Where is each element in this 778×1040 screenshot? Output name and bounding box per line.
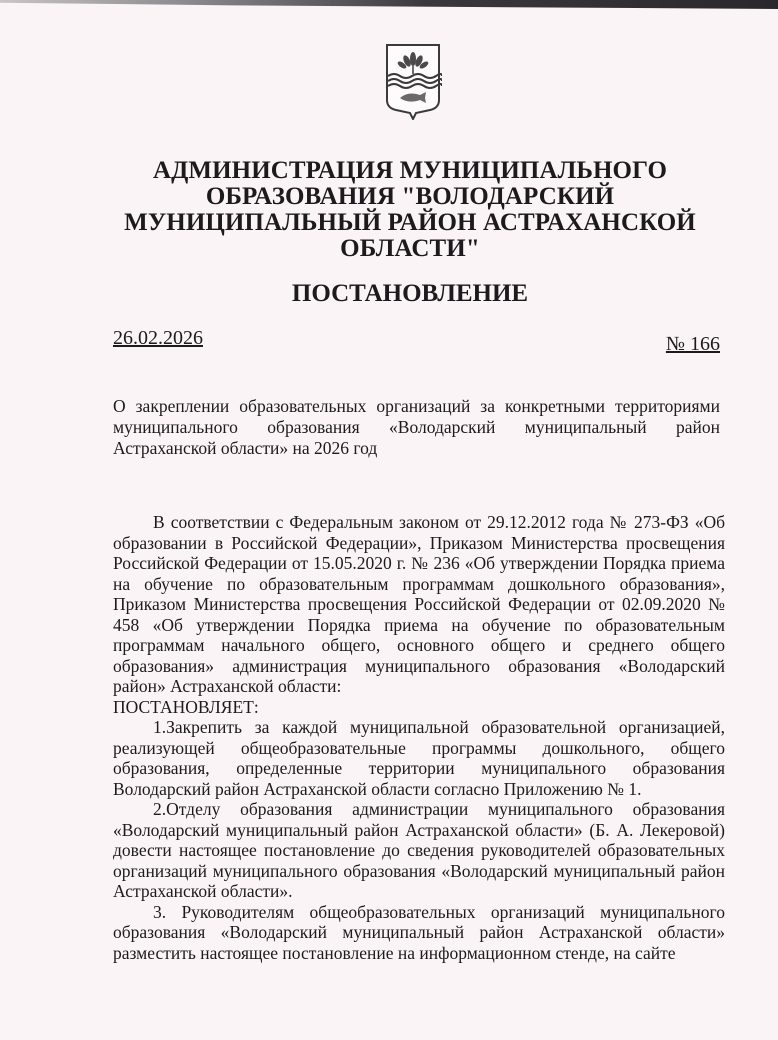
document-type: ПОСТАНОВЛЕНИЕ — [100, 280, 720, 308]
resolution-item-1: 1.Закрепить за каждой муниципальной обра… — [113, 717, 725, 799]
preamble-paragraph: В соответствии с Федеральным законом от … — [113, 512, 725, 697]
coat-of-arms-icon — [384, 42, 442, 120]
scan-top-edge — [0, 0, 778, 9]
document-date: 26.02.2026 — [113, 327, 203, 350]
resolves-heading: ПОСТАНОВЛЯЕТ: — [113, 697, 725, 718]
document-body: В соответствии с Федеральным законом от … — [113, 512, 725, 963]
document-subject: О закреплении образовательных организаци… — [113, 396, 720, 459]
issuing-authority-title: АДМИНИСТРАЦИЯ МУНИЦИПАЛЬНОГО ОБРАЗОВАНИЯ… — [100, 158, 720, 262]
document-number: № 166 — [666, 333, 720, 356]
resolution-item-2: 2.Отделу образования администрации муниц… — [113, 799, 725, 902]
resolution-item-3: 3. Руководителям общеобразовательных орг… — [113, 902, 725, 964]
